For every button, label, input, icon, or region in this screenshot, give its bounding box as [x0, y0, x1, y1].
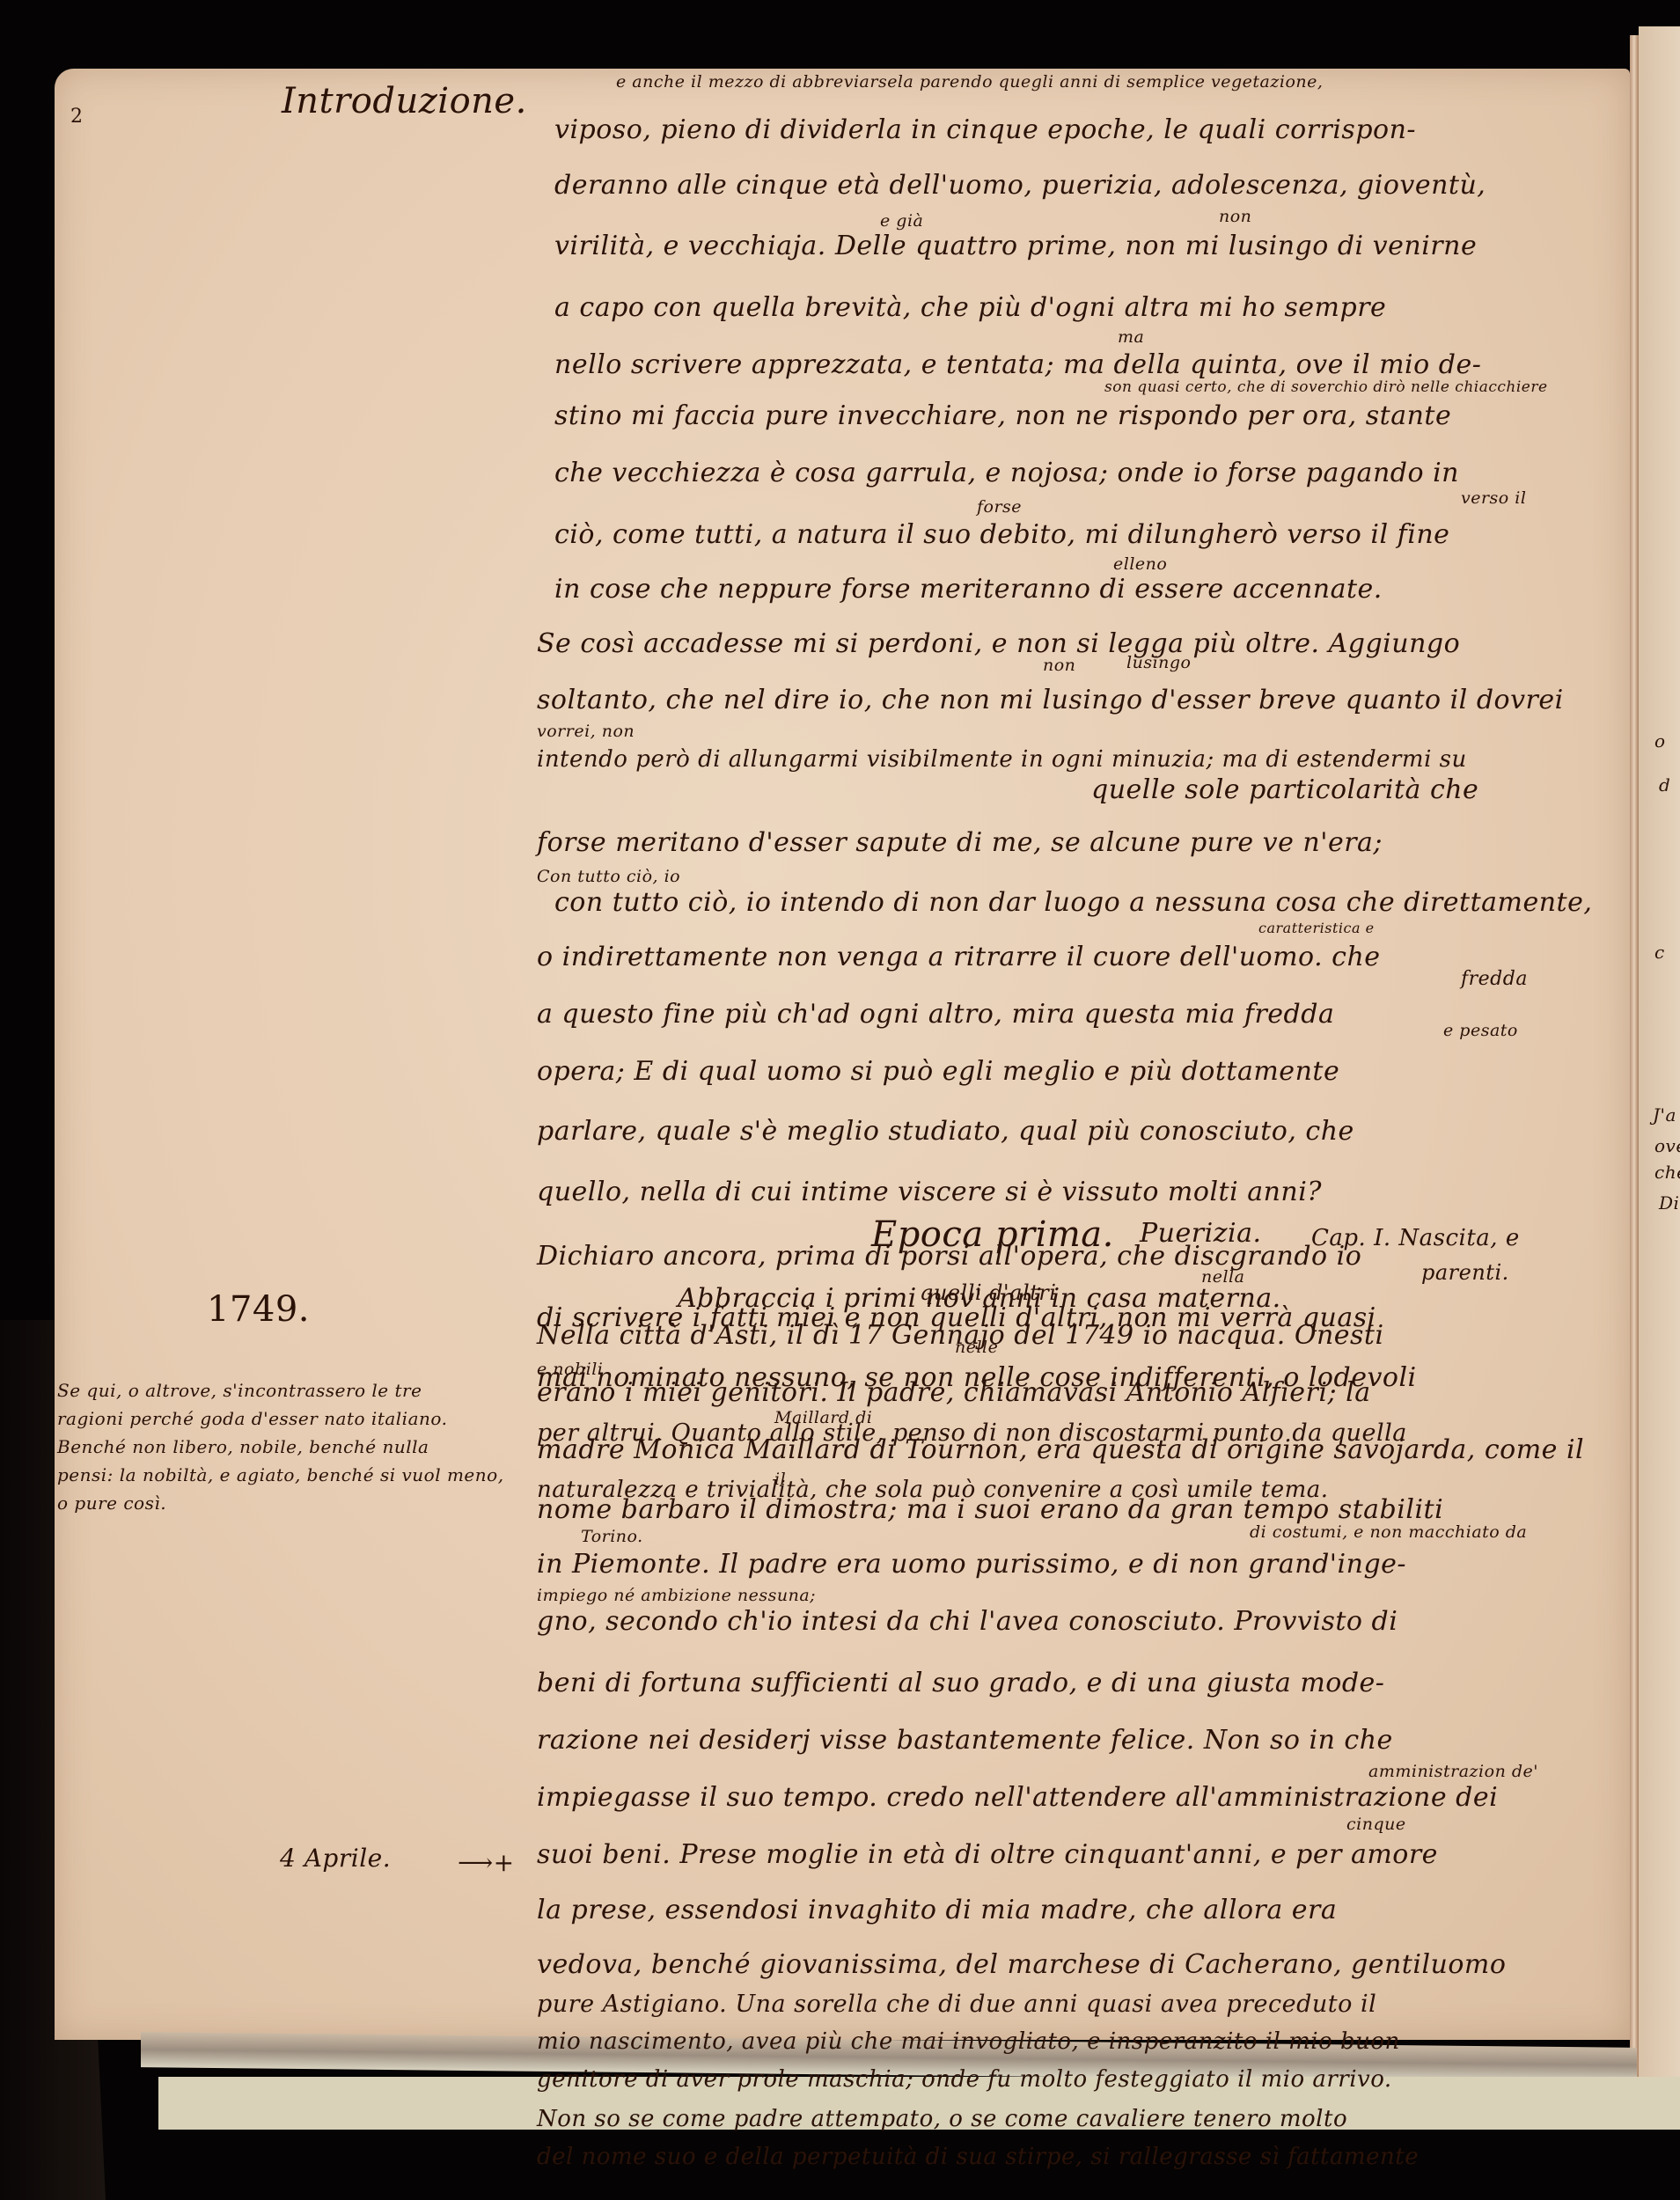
fragment: c	[1654, 942, 1665, 963]
text-line: ciò, come tutti, a natura il suo debito,…	[554, 519, 1449, 550]
insertion: son quasi certo, che di soverchio dirò n…	[1104, 378, 1548, 396]
insertion: verso il	[1461, 488, 1526, 508]
epoch-subheading: Puerizia.	[1140, 1218, 1262, 1249]
text-line: nello scrivere apprezzata, e tentata; ma…	[554, 349, 1481, 380]
text-line: opera; E di qual uomo si può egli meglio…	[537, 1056, 1339, 1087]
insertion: di costumi, e non macchiato da	[1250, 1522, 1527, 1542]
insertion: e già	[880, 211, 923, 231]
text-line: parlare, quale s'è meglio studiato, qual…	[537, 1116, 1354, 1147]
arrow-icon: ⟶+	[458, 1848, 515, 1877]
margin-insertion: vorrei, non	[537, 722, 635, 741]
insertion: caratteristica e	[1258, 920, 1375, 936]
insertion: fredda	[1461, 968, 1528, 990]
text-line: intendo però di allungarmi visibilmente …	[537, 746, 1467, 773]
text-line: con tutto ciò, io intendo di non dar luo…	[554, 887, 1592, 918]
text-line: la prese, essendosi invaghito di mia mad…	[537, 1895, 1337, 1925]
text-line: quelle sole particolarità che	[1091, 774, 1478, 805]
margin-note-line: o pure così.	[57, 1492, 166, 1514]
text-line: Nella città d'Asti, il dì 17 Gennajo del…	[537, 1320, 1384, 1351]
insertion: non	[1043, 656, 1075, 675]
text-line: Non so se come padre attempato, o se com…	[537, 2106, 1347, 2132]
text-line: a questo fine più ch'ad ogni altro, mira…	[537, 999, 1334, 1030]
fragment: Di	[1659, 1192, 1679, 1214]
fragment: che	[1654, 1162, 1680, 1183]
text-line: beni di fortuna sufficienti al suo grado…	[537, 1668, 1384, 1698]
chapter-label: Cap. I. Nascita, e	[1311, 1225, 1520, 1251]
insertion: e pesato	[1443, 1021, 1518, 1040]
text-line: virilità, e vecchiaja. Delle quattro pri…	[554, 231, 1477, 261]
text-line: mio nascimento, avea più che mai invogli…	[537, 2028, 1400, 2055]
page-number: 2	[70, 106, 84, 128]
text-line: a capo con quella brevità, che più d'ogn…	[554, 292, 1386, 323]
text-line: vedova, benché giovanissima, del marches…	[537, 1949, 1506, 1980]
book-gutter	[1630, 35, 1639, 2077]
text-line: razione nei desiderj visse bastantemente…	[537, 1725, 1393, 1756]
text-line: soltanto, che nel dire io, che non mi lu…	[537, 685, 1564, 715]
margin-note-line: pensi: la nobiltà, e agiato, benché si v…	[57, 1464, 504, 1485]
text-line: pure Astigiano. Una sorella che di due a…	[537, 1991, 1376, 2018]
insertion: ma	[1118, 327, 1144, 347]
adjacent-page-edge	[1639, 26, 1680, 2077]
margin-note-line: Benché non libero, nobile, benché nulla	[57, 1436, 429, 1457]
text-line: suoi beni. Prese moglie in età di oltre …	[537, 1839, 1438, 1870]
insertion: elleno	[1113, 554, 1167, 574]
fragment: d	[1659, 774, 1670, 796]
margin-insertion: e nobili	[537, 1360, 603, 1379]
insertion: Torino.	[581, 1527, 643, 1546]
insertion: lusingo	[1126, 653, 1191, 672]
text-line: genitore di aver prole maschia; onde fu …	[537, 2066, 1392, 2093]
text-line: che vecchiezza è cosa garrula, e nojosa;…	[554, 458, 1459, 488]
insertion: non	[1219, 207, 1251, 226]
text-line: erano i miei genitori. Il padre, chiamav…	[537, 1377, 1371, 1408]
text-line: stino mi faccia pure invecchiare, non ne…	[554, 400, 1451, 431]
text-line: deranno alle cinque età dell'uomo, pueri…	[554, 170, 1486, 201]
text-line: impiegasse il suo tempo. credo nell'atte…	[537, 1782, 1498, 1813]
margin-year: 1749.	[207, 1289, 310, 1330]
page-title: Introduzione.	[282, 81, 527, 121]
insertion: Con tutto ciò, io	[537, 867, 680, 886]
text-line: del nome suo e della perpetuità di sua s…	[537, 2144, 1419, 2170]
text-line: Se così accadesse mi si perdoni, e non s…	[537, 628, 1460, 659]
text-line: quello, nella di cui intime viscere si è…	[537, 1177, 1322, 1207]
fragment: o	[1654, 730, 1666, 752]
chapter-label-cont: parenti.	[1421, 1260, 1509, 1285]
fragment: ove	[1654, 1135, 1680, 1156]
insertion: cinque	[1346, 1815, 1406, 1834]
insertion: impiego né ambizione nessuna;	[537, 1586, 816, 1605]
insertion: Maillard di	[774, 1408, 872, 1427]
margin-date-note: 4 Aprile.	[280, 1844, 391, 1873]
text-line: forse meritano d'esser sapute di me, se …	[537, 827, 1383, 858]
text-line: madre Monica Maillard di Tournon, era qu…	[537, 1434, 1584, 1465]
insertion-line: e anche il mezzo di abbreviarsela parend…	[616, 72, 1323, 92]
margin-note-line: ragioni perché goda d'esser nato italian…	[57, 1408, 447, 1429]
text-line: gno, secondo ch'io intesi da chi l'avea …	[537, 1606, 1398, 1637]
insertion: amministrazion de'	[1368, 1762, 1538, 1781]
margin-note-line: Se qui, o altrove, s'incontrassero le tr…	[57, 1380, 422, 1401]
text-line: o indirettamente non venga a ritrarre il…	[537, 942, 1381, 972]
text-line: in cose che neppure forse meriteranno di…	[554, 574, 1383, 605]
text-line: viposo, pieno di dividerla in cinque epo…	[554, 114, 1416, 145]
fragment: J'a	[1653, 1104, 1676, 1126]
insertion: il	[774, 1470, 786, 1489]
chapter-summary: Abbraccia i primi nov'anni in casa mater…	[678, 1283, 1281, 1314]
epoch-heading: Epoca prima.	[871, 1214, 1114, 1255]
insertion: forse	[977, 497, 1022, 517]
text-line: nome barbaro il dimostra; ma i suoi eran…	[537, 1494, 1443, 1525]
text-line: in Piemonte. Il padre era uomo purissimo…	[537, 1549, 1406, 1580]
